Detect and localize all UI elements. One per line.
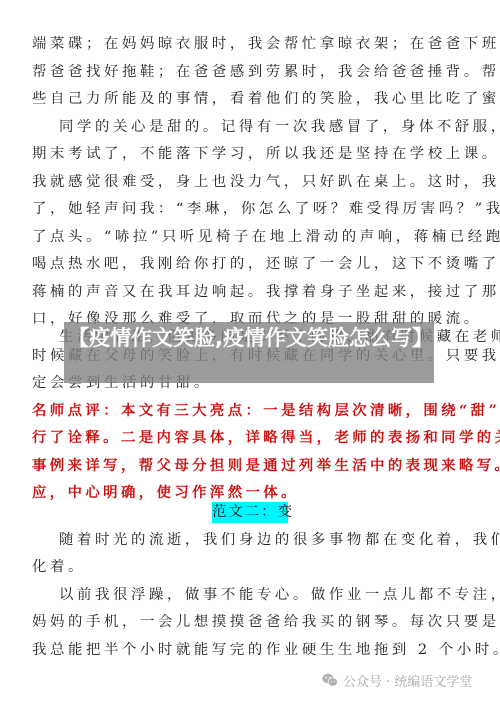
text-line: 蒋楠的声音又在我耳边响起。我撑着身子坐起来，接过了那杯温水，喝了一 <box>32 282 468 302</box>
watermark-text: 公众号 · 统编语文学堂 <box>343 671 472 690</box>
title-banner: 【疫情作文笑脸,疫情作文笑脸怎么写】 <box>64 322 434 383</box>
text-line: 帮爸爸找好拖鞋；在爸爸感到劳累时，我会给爸爸捶背。帮助爸爸妈妈做一 <box>32 62 468 82</box>
text-line: 些自己力所能及的事情，看着他们的笑脸，我心里比吃了蜜还甜。 <box>32 89 468 109</box>
text-line: 化着。 <box>32 557 468 577</box>
wechat-icon <box>322 673 338 687</box>
comment-line: 应，中心明确，使习作浑然一体。 <box>32 483 468 503</box>
text-line: 我总能把半个小时就能写完的作业硬生生地拖到 2 个小时。之后，妈妈检查 <box>32 640 468 660</box>
text-line: 妈妈的手机，一会儿想摸摸爸爸给我买的钢琴。每次只要是我一个人写作业， <box>32 612 468 632</box>
text-line: 了点头。“哧拉”只听见椅子在地上滑动的声响，蒋楠已经跑老远了。“李琳， <box>32 227 468 247</box>
section-heading: 范文二：变 <box>212 502 288 523</box>
text-line: 了，她轻声问我：“李琳，你怎么了呀？难受得厉害吗？”我有气无力地点 <box>32 199 468 219</box>
paragraph-start-line: 随着时光的流逝，我们身边的很多事物都在变化着，我们每个人也在变 <box>59 530 468 550</box>
watermark: 公众号 · 统编语文学堂 <box>322 670 472 690</box>
text-line: 期末考试了，不能落下学习，所以我还是坚持在学校上课。上完第三节课， <box>32 144 468 164</box>
comment-line: 事例来详写，帮父母分担则是通过列举生活中的表现来略写。三是首尾相呼 <box>32 456 468 476</box>
paragraph-start-line: 同学的关心是甜的。记得有一次我感冒了，身体不舒服，但是因为快到 <box>59 117 468 137</box>
comment-line: 名师点评：本文有三大亮点：一是结构层次清晰，围绕“甜”从三个方面进 <box>32 401 468 421</box>
text-line: 喝点热水吧，我刚给你打的，还晾了一会儿，这下不烫嘴了。”过了一会儿， <box>32 254 468 274</box>
paragraph-start-line: 以前我很浮躁，做事不能专心。做作业一点儿都不专注，一会儿想玩玩 <box>59 585 468 605</box>
text-line: 端菜碟；在妈妈晾衣服时，我会帮忙拿晾衣架；在爸爸下班回到家时，我会 <box>32 34 468 54</box>
document-page: 端菜碟；在妈妈晾衣服时，我会帮忙拿晾衣架；在爸爸下班回到家时，我会 帮爸爸找好拖… <box>0 0 500 706</box>
banner-title: 【疫情作文笑脸,疫情作文笑脸怎么写】 <box>64 325 434 351</box>
text-line: 我就感觉很难受，身上也没力气，只好趴在桌上。这时，我的同桌蒋楠发现 <box>32 172 468 192</box>
comment-line: 行了诠释。二是内容具体，详略得当，老师的表扬和同学的关心是通过具体 <box>32 428 468 448</box>
